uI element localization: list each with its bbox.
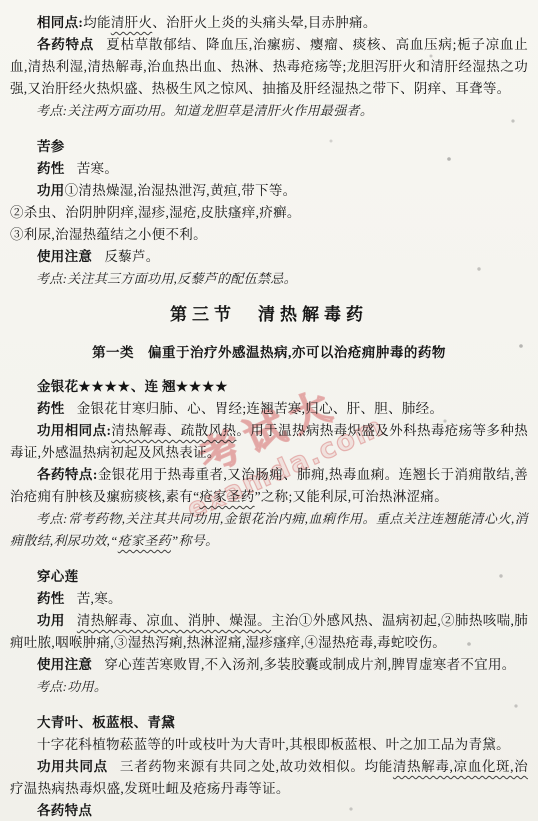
drug-features-underlined: 疮家圣药 bbox=[199, 489, 254, 504]
label-drug-features: 各药特点 bbox=[37, 37, 94, 52]
scan-noise-specks bbox=[0, 0, 2, 2]
drug1-name: 金银花 bbox=[37, 379, 78, 394]
source-description: 十字花科植物菘蓝等的叶或枝叶为大青叶,其根即板蓝根、叶之加工品为青黛。 bbox=[10, 734, 528, 756]
caution-row: 使用注意穿心莲苦寒败胃,不入汤剂,多装胶囊或制成片剂,脾胃虚寒者不宜用。 bbox=[10, 654, 528, 676]
label-drug-features: 各药特点: bbox=[37, 467, 98, 482]
exam-note-underlined: 疮家圣药 bbox=[118, 533, 171, 548]
same-points-underlined: 清肝火 bbox=[111, 15, 152, 30]
property-text: 苦寒。 bbox=[77, 161, 118, 176]
caution-text: 反藜芦。 bbox=[104, 249, 159, 264]
property-row: 药性金银花甘寒归肺、心、胃经;连翘苦寒,归心、肝、胆、肺经。 bbox=[10, 398, 528, 420]
common-functions-row: 功用共同点三者药物来源有共同之处,故功效相似。均能清热解毒,凉血化斑,治疗温热病… bbox=[10, 756, 528, 800]
function-row-1: 功用①清热燥湿,治湿热泄泻,黄疸,带下等。 bbox=[10, 180, 528, 202]
exam-point-note: 考点:功用。 bbox=[10, 676, 528, 698]
drug-features-row: 各药特点:金银花用于热毒重者,又治肠痈、肺痈,热毒血痢。连翘长于消痈散结,善治疮… bbox=[10, 464, 528, 508]
function-row: 功用清热解毒、凉血、消肿、燥湿。主治①外感风热、温病初起,②肺热咳喘,肺痈吐脓,… bbox=[10, 610, 528, 654]
property-text: 金银花甘寒归肺、心、胃经;连翘苦寒,归心、肝、胆、肺经。 bbox=[77, 401, 444, 416]
common-functions-underlined: 清热解毒,凉血化斑,治 bbox=[393, 759, 528, 774]
label-common-functions: 功用共同点 bbox=[37, 759, 108, 774]
scanned-textbook-page: 考试大 examda.com 相同点:均能清肝火、治肝火上炎的头痛头晕,目赤肿痛… bbox=[0, 0, 538, 821]
drug2-rating-stars: ★★★★ bbox=[176, 379, 228, 394]
page-content: 相同点:均能清肝火、治肝火上炎的头痛头晕,目赤肿痛。 各药特点夏枯草散郁结、降血… bbox=[10, 12, 528, 821]
common-functions-pre: 三者药物来源有共同之处,故功效相似。均能 bbox=[120, 759, 393, 774]
caution-text: 穿心莲苦寒败胃,不入汤剂,多装胶囊或制成片剂,脾胃虚寒者不宜用。 bbox=[104, 657, 515, 672]
drug2-name: 连 翘 bbox=[145, 379, 176, 394]
exam-note-post: ”称号。 bbox=[171, 533, 218, 548]
exam-note-pre: 考点:常考药物,关注其共同功用,金银花治内痈,血痢作用。重点关注连翘能清心火,消… bbox=[10, 511, 528, 548]
caution-row: 使用注意反藜芦。 bbox=[10, 246, 528, 268]
common-functions-underlined: 清热解毒、疏散风热 bbox=[111, 423, 236, 438]
function-underlined: 清热解毒、凉血、消肿、燥湿。 bbox=[77, 613, 271, 628]
drug1-rating-stars: ★★★★ bbox=[78, 379, 130, 394]
drug-separator: 、 bbox=[131, 379, 145, 394]
drug-title-kushen: 苦参 bbox=[10, 136, 528, 158]
label-function: 功用 bbox=[37, 613, 65, 628]
common-functions-row: 功用相同点:清热解毒、疏散风热。用于温热病热毒炽盛及外科热毒疮疡等多种热毒证,外… bbox=[10, 420, 528, 464]
property-text: 苦,寒。 bbox=[77, 591, 122, 606]
property-row: 药性苦,寒。 bbox=[10, 588, 528, 610]
property-row: 药性苦寒。 bbox=[10, 158, 528, 180]
label-same-points: 相同点: bbox=[37, 15, 83, 30]
label-property: 药性 bbox=[37, 161, 65, 176]
section-heading: 第三节 清热解毒药 bbox=[10, 302, 528, 328]
function-row-3: ③利尿,治湿热蕴结之小便不利。 bbox=[10, 224, 528, 246]
function-row-2: ②杀虫、治阴肿阴痒,湿疹,湿疮,皮肤瘙痒,疥癣。 bbox=[10, 202, 528, 224]
label-function: 功用 bbox=[37, 183, 65, 198]
drug-title-chuanxinlian: 穿心莲 bbox=[10, 566, 528, 588]
exam-point-note: 考点:常考药物,关注其共同功用,金银花治内痈,血痢作用。重点关注连翘能清心火,消… bbox=[10, 508, 528, 552]
label-property: 药性 bbox=[37, 401, 65, 416]
label-drug-features: 各药特点 bbox=[10, 800, 528, 821]
label-common-functions: 功用相同点: bbox=[37, 423, 111, 438]
function-text-1: ①清热燥湿,治湿热泄泻,黄疸,带下等。 bbox=[65, 183, 297, 198]
label-caution: 使用注意 bbox=[37, 249, 92, 264]
label-property: 药性 bbox=[37, 591, 65, 606]
class-heading: 第一类 偏重于治疗外感温热病,亦可以治疮痈肿毒的药物 bbox=[10, 342, 528, 364]
common-functions-post: 疗温热病热毒炽盛,发斑吐衄及疮疡丹毒等证。 bbox=[10, 781, 290, 796]
drug-title-jinyinhua-lianqiao: 金银花★★★★、连 翘★★★★ bbox=[10, 376, 528, 398]
drug-title-daqingye-banlangen-qingdai: 大青叶、板蓝根、青黛 bbox=[10, 712, 528, 734]
same-points-post: 、治肝火上炎的头痛头晕,目赤肿痛。 bbox=[152, 15, 376, 30]
same-points-pre: 均能 bbox=[83, 15, 111, 30]
label-caution: 使用注意 bbox=[37, 657, 92, 672]
drug-features-post: ”之称;又能利尿,可治热淋涩痛。 bbox=[255, 489, 448, 504]
paragraph-same-points: 相同点:均能清肝火、治肝火上炎的头痛头晕,目赤肿痛。 bbox=[10, 12, 528, 34]
exam-point-note: 考点:关注两方面功用。知道龙胆草是清肝火作用最强者。 bbox=[10, 100, 528, 122]
paragraph-drug-features: 各药特点夏枯草散郁结、降血压,治瘰疬、瘿瘤、痰核、高血压病;栀子凉血止血,清热利… bbox=[10, 34, 528, 100]
exam-point-note: 考点:关注其三方面功用,反藜芦的配伍禁忌。 bbox=[10, 268, 528, 290]
